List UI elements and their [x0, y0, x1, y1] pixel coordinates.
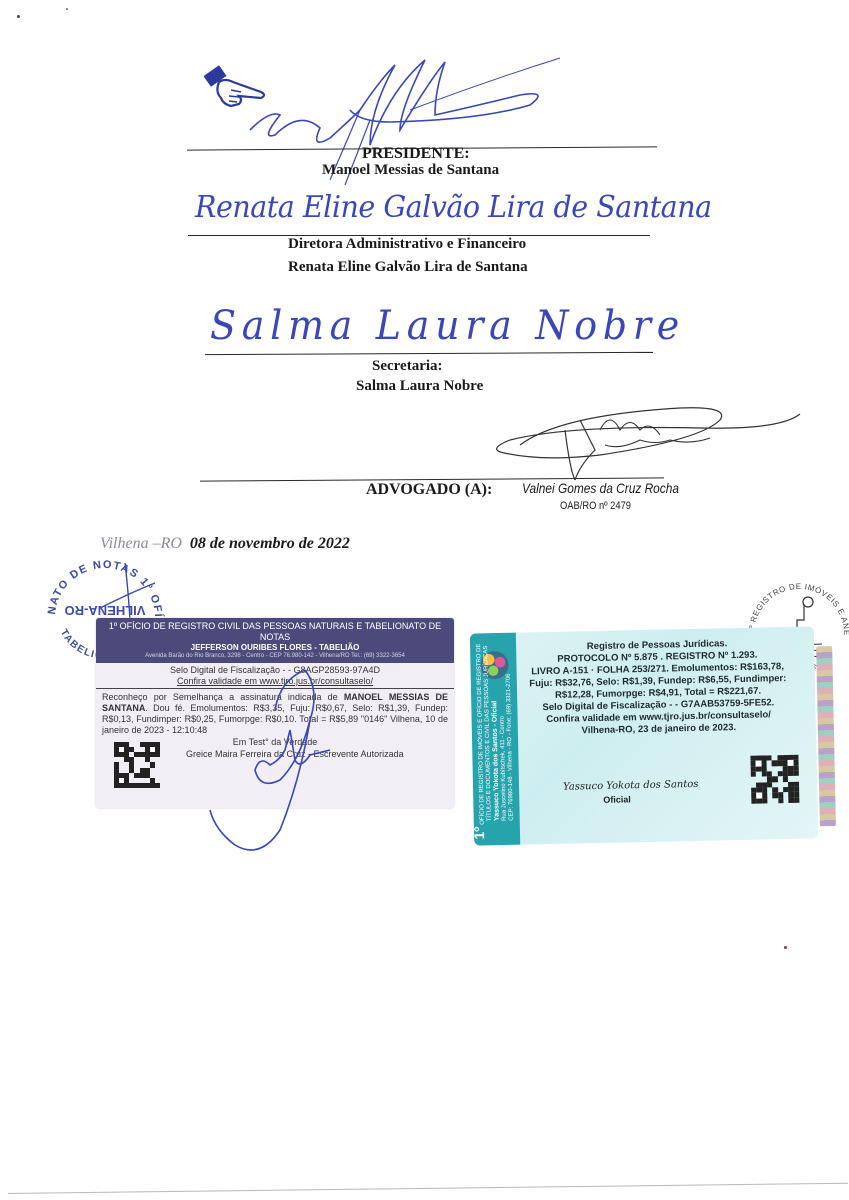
director-signature: Renata Eline Galvão Lira de Santana	[195, 190, 712, 225]
notary-clerk-signature	[200, 660, 350, 860]
scan-speck	[784, 946, 787, 949]
name-lawyer: Valnei Gomes da Cruz Rocha	[522, 480, 679, 496]
registry-officer-signature: Yassuco Yokota dos Santos	[563, 779, 699, 793]
scan-edge-line	[8, 1183, 848, 1194]
name-secretary: Salma Laura Nobre	[356, 378, 483, 395]
name-president: Manoel Messias de Santana	[322, 162, 499, 179]
lawyer-signature	[480, 400, 810, 490]
registry-side-number: 1º	[471, 826, 487, 839]
date: 08 de novembro de 2022	[190, 535, 350, 552]
scan-speck	[17, 15, 20, 18]
role-director: Diretora Administrativo e Financeiro	[288, 236, 526, 253]
notary-address: Avenida Barão do Rio Branco, 3298 - Cent…	[98, 652, 452, 660]
signature-line-secretary	[205, 352, 653, 355]
scan-speck	[66, 8, 68, 10]
role-secretary: Secretaria:	[372, 358, 443, 375]
qr-code-icon	[750, 755, 799, 804]
registry-officer-title: Oficial	[603, 794, 631, 805]
notary-header: 1º OFÍCIO DE REGISTRO CIVIL DAS PESSOAS …	[96, 618, 454, 663]
name-director: Renata Eline Galvão Lira de Santana	[288, 259, 528, 276]
notary-office-name: 1º OFÍCIO DE REGISTRO CIVIL DAS PESSOAS …	[98, 621, 452, 643]
secretary-signature: Salma Laura Nobre	[210, 303, 685, 349]
notary-name: JEFFERSON OURIBES FLORES - TABELIÃO	[98, 643, 452, 652]
qr-code-icon	[114, 742, 160, 788]
role-president: PRESIDENTE:	[362, 145, 470, 163]
role-lawyer: ADVOGADO (A):	[366, 481, 492, 499]
registry-stamp: 1º OFÍCIO DE REGISTRO DE IMÓVEIS E OFÍCI…	[470, 626, 818, 845]
lawyer-oab-number: OAB/RO nº 2479	[560, 500, 631, 512]
registry-side-text: 1º OFÍCIO DE REGISTRO DE IMÓVEIS E OFÍCI…	[472, 649, 516, 840]
registry-text: Registro de Pessoas Jurídicas. PROTOCOLO…	[522, 637, 794, 739]
registry-side-band: 1º OFÍCIO DE REGISTRO DE IMÓVEIS E OFÍCI…	[470, 633, 520, 846]
